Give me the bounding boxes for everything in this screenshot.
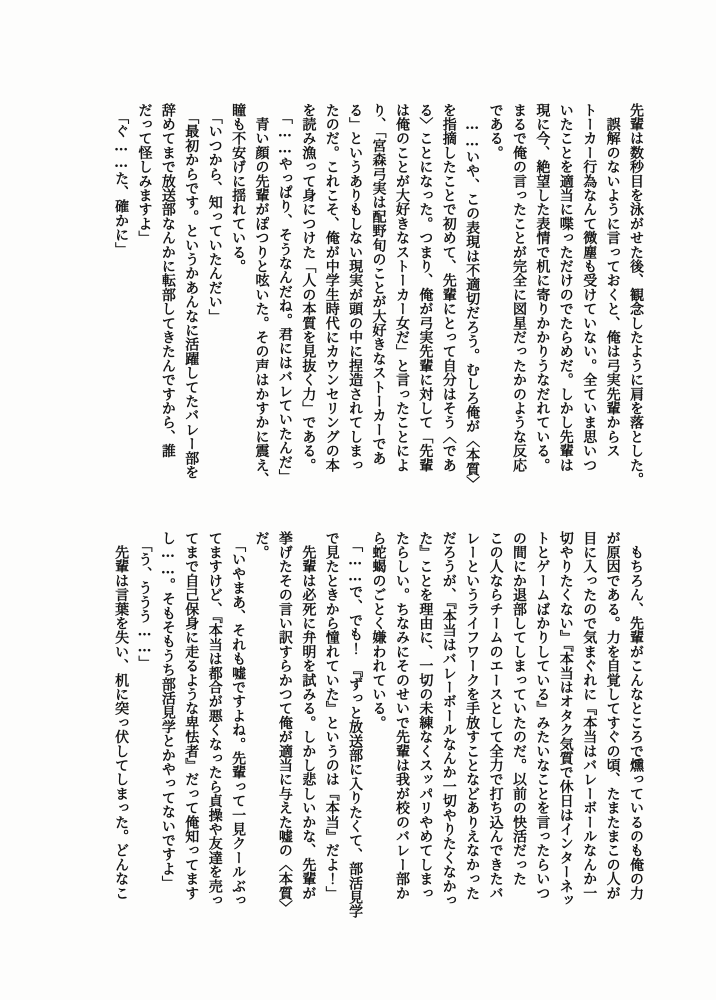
- novel-text-block-top: 先輩は数秒目を泳がせた後、観念したように肩を落とした。 誤解のないように言ってお…: [109, 103, 647, 503]
- book-page: 先輩は数秒目を泳がせた後、観念したように肩を落とした。 誤解のないように言ってお…: [0, 0, 716, 1000]
- novel-text-block-bottom: もちろん、先輩がこんなところで燻っているのも俺の力 が原因である。力を自覚してす…: [109, 531, 647, 931]
